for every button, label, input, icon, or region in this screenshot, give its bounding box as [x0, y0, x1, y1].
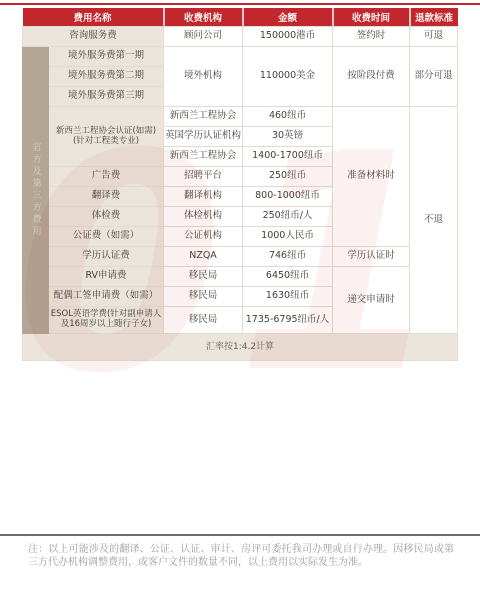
- cell-org: 移民局: [164, 267, 243, 287]
- cell-amount: 1000人民币: [243, 227, 333, 247]
- cell-fee-name: 配偶工签申请费（如需）: [49, 287, 164, 307]
- note-divider-rule: [0, 534, 480, 536]
- table-footer-row: 汇率按1:4.2计算: [23, 334, 458, 361]
- cell-amount: 1400-1700纽币: [243, 147, 333, 167]
- cell-org: 新西兰工程协会: [164, 107, 243, 127]
- cell-org: 公证机构: [164, 227, 243, 247]
- cell-org: NZQA: [164, 247, 243, 267]
- cell-fee-name: ESOL英语学费(针对副申请人及16周岁以上随行子女): [49, 307, 164, 334]
- cell-time: 准备材料时: [333, 107, 410, 247]
- cell-org: 英国学历认证机构: [164, 127, 243, 147]
- table-row: 官方及第三方费用 境外服务费第一期 境外机构 110000美金 按阶段付费 部分…: [23, 47, 458, 67]
- table-row: 咨询服务费 顾问公司 150000港币 签约时 可退: [23, 27, 458, 47]
- header-refund: 退款标准: [410, 8, 458, 27]
- cell-amount: 800-1000纽币: [243, 187, 333, 207]
- cell-fee-name: RV申请费: [49, 267, 164, 287]
- cell-time: 递交申请时: [333, 267, 410, 334]
- cell-org: 体检机构: [164, 207, 243, 227]
- table-row: 新西兰工程协会认证(如需) (针对工程类专业) 新西兰工程协会 460纽币 准备…: [23, 107, 458, 127]
- footnote-text: 注：以上可能涉及的翻译、公证、认证、审计、房评可委托我司办理或自行办理。因移民局…: [28, 544, 454, 569]
- cell-fee-name: 体检费: [49, 207, 164, 227]
- cell-org: 境外机构: [164, 47, 243, 107]
- cell-amount: 150000港币: [243, 27, 333, 47]
- cell-fee-name: 公证费（如需）: [49, 227, 164, 247]
- cell-amount: 6450纽币: [243, 267, 333, 287]
- cell-amount: 1630纽币: [243, 287, 333, 307]
- header-time: 收费时间: [333, 8, 410, 27]
- cell-amount: 250纽币: [243, 167, 333, 187]
- cell-fee-name: 境外服务费第三期: [49, 87, 164, 107]
- table-header-row: 费用名称 收费机构 金额 收费时间 退款标准: [23, 8, 458, 27]
- table-row: RV申请费 移民局 6450纽币 递交申请时: [23, 267, 458, 287]
- header-org: 收费机构: [164, 8, 243, 27]
- cell-fee-name: 境外服务费第一期: [49, 47, 164, 67]
- cell-amount: 746纽币: [243, 247, 333, 267]
- cell-org: 移民局: [164, 307, 243, 334]
- header-amount: 金额: [243, 8, 333, 27]
- cell-org: 新西兰工程协会: [164, 147, 243, 167]
- fee-name-line1: 新西兰工程协会认证(如需): [56, 126, 156, 136]
- cell-time: 签约时: [333, 27, 410, 47]
- cell-refund: 可退: [410, 27, 458, 47]
- cell-org: 顾问公司: [164, 27, 243, 47]
- cell-fee-name: 咨询服务费: [23, 27, 164, 47]
- cell-amount: 1735-6795纽币/人: [243, 307, 333, 334]
- cell-org: 招聘平台: [164, 167, 243, 187]
- cell-time: 学历认证时: [333, 247, 410, 267]
- cell-org: 翻译机构: [164, 187, 243, 207]
- cell-fee-name: 翻译费: [49, 187, 164, 207]
- side-category-label: 官方及第三方费用: [23, 47, 49, 334]
- fee-table: 费用名称 收费机构 金额 收费时间 退款标准 咨询服务费 顾问公司 150000…: [22, 8, 457, 361]
- cell-amount: 250纽币/人: [243, 207, 333, 227]
- top-red-rule: [0, 3, 480, 5]
- cell-org: 移民局: [164, 287, 243, 307]
- cell-fee-name: 境外服务费第二期: [49, 67, 164, 87]
- cell-time: 按阶段付费: [333, 47, 410, 107]
- fee-name-line2: (针对工程类专业): [73, 136, 139, 146]
- cell-amount: 30英镑: [243, 127, 333, 147]
- cell-amount: 110000美金: [243, 47, 333, 107]
- cell-fee-name: 新西兰工程协会认证(如需) (针对工程类专业): [49, 107, 164, 167]
- cell-fee-name: 广告费: [49, 167, 164, 187]
- header-fee-name: 费用名称: [23, 8, 164, 27]
- cell-refund: 不退: [410, 107, 458, 334]
- cell-refund: 部分可退: [410, 47, 458, 107]
- exchange-rate-note: 汇率按1:4.2计算: [23, 334, 458, 361]
- cell-amount: 460纽币: [243, 107, 333, 127]
- table-row: 学历认证费 NZQA 746纽币 学历认证时: [23, 247, 458, 267]
- cell-fee-name: 学历认证费: [49, 247, 164, 267]
